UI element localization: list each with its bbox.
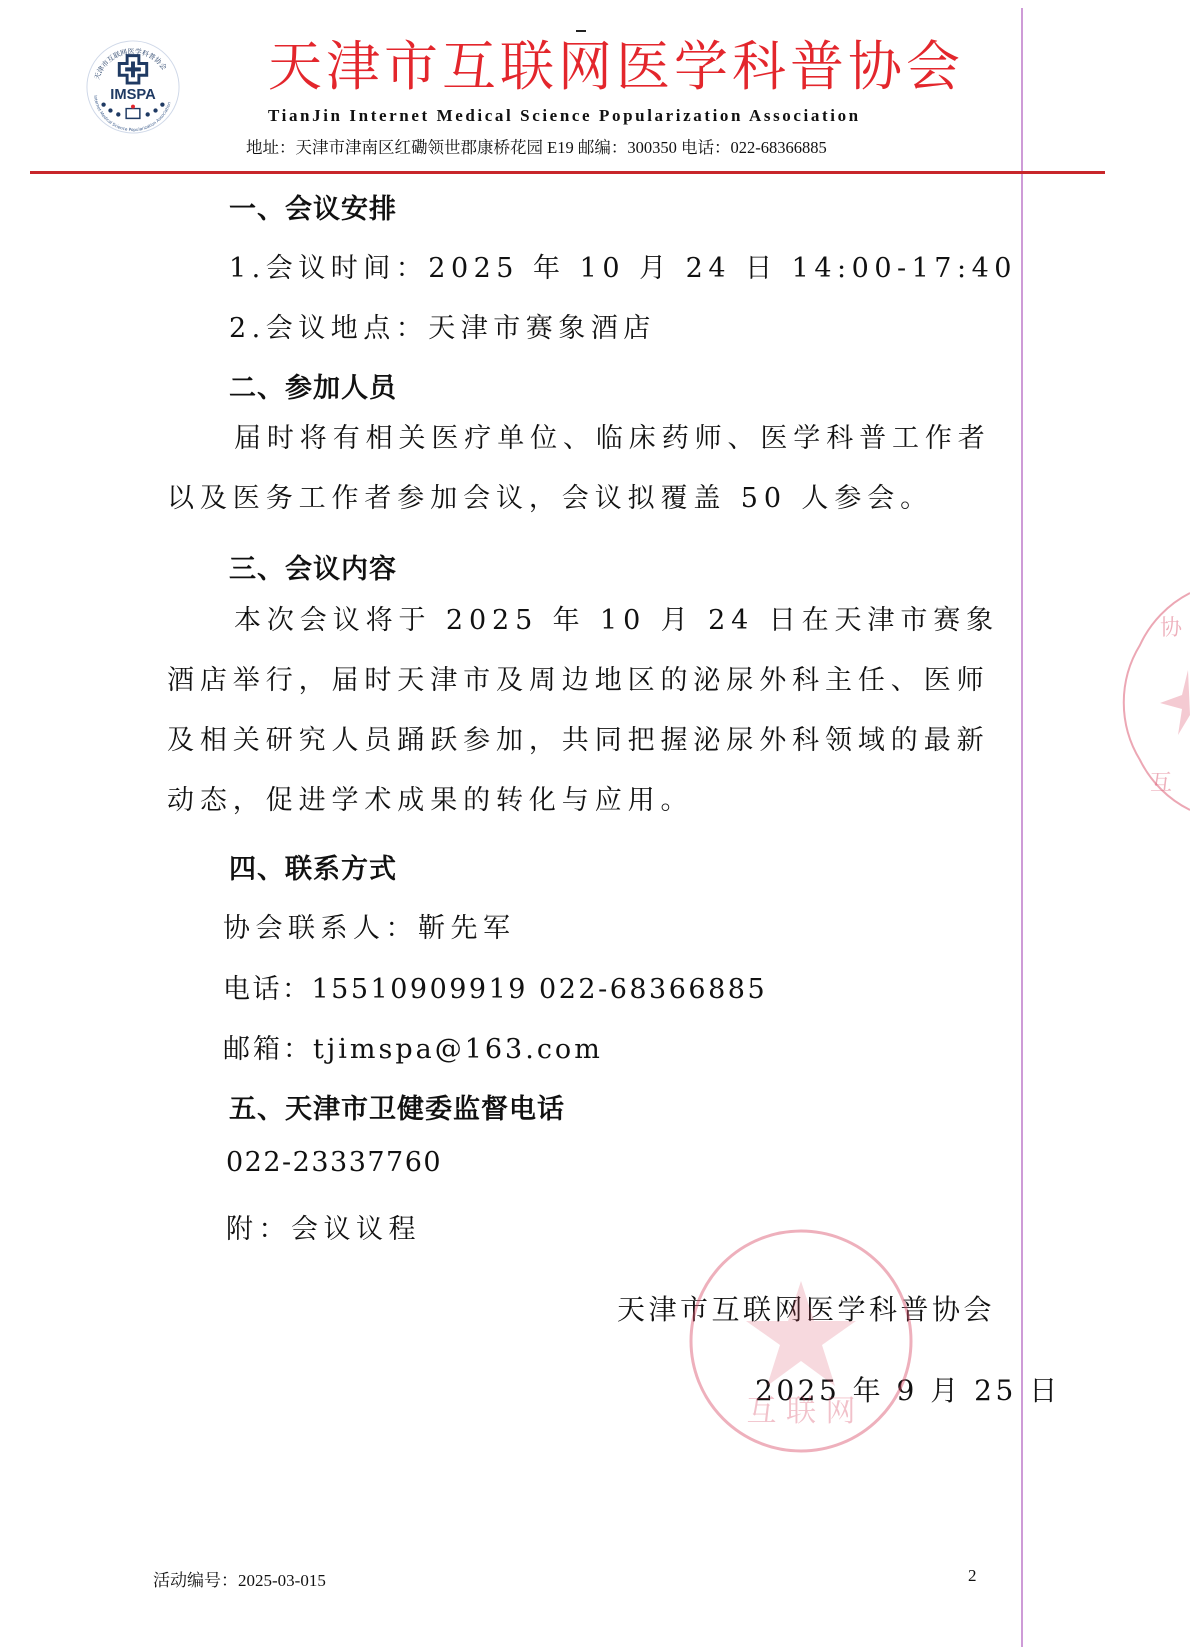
section-heading-content: 三、会议内容 — [229, 547, 397, 586]
letterhead-subtitle: TianJin Internet Medical Science Popular… — [268, 106, 861, 126]
signature-org: 天津市互联网医学科普协会 — [617, 1288, 995, 1328]
attachment-note: 附：会议议程 — [226, 1207, 421, 1246]
section-heading-participants: 二、参加人员 — [229, 366, 397, 405]
section-heading-contact: 四、联系方式 — [229, 847, 397, 886]
logo-ring-cn: 天津市互联网医学科普协会 — [93, 47, 169, 81]
top-mark — [576, 30, 586, 32]
page-number: 2 — [968, 1566, 977, 1586]
contact-phone: 电话：15510909919 022-68366885 — [223, 967, 767, 1006]
logo-text: IMSPA — [110, 87, 156, 103]
meeting-location: 2.会议地点：天津市赛象酒店 — [229, 306, 656, 345]
svg-text:天津市互联网医学科普协会: 天津市互联网医学科普协会 — [93, 47, 169, 81]
activity-number: 活动编号：2025-03-015 — [153, 1566, 326, 1591]
meeting-time: 1.会议时间：2025 年 10 月 24 日 14:00-17:40 — [229, 246, 1017, 285]
signature-date: 2025 年 9 月 25 日 — [755, 1369, 1061, 1409]
official-seal-icon: 互 联 网 — [686, 1226, 916, 1456]
imspa-logo-icon: IMSPA 天津市互联网医学科普协会 Internet Medical Scie… — [84, 38, 182, 136]
letterhead-title: 天津市互联网医学科普协会 — [268, 40, 964, 94]
letterhead-address: 地址：天津市津南区红磡领世郡康桥花园 E19 邮编：300350 电话：022-… — [246, 134, 827, 158]
contact-email: 邮箱：tjimspa@163.com — [223, 1027, 603, 1066]
section-heading-arrangement: 一、会议安排 — [229, 187, 397, 226]
seam-seal-icon: 协 互 — [1120, 585, 1190, 815]
svg-text:互: 互 — [1150, 771, 1172, 796]
content-paragraph: 本次会议将于 2025 年 10 月 24 日在天津市赛象酒店举行，届时天津市及… — [167, 591, 1017, 831]
section-heading-supervision: 五、天津市卫健委监督电话 — [229, 1087, 565, 1126]
letterhead-rule — [30, 171, 1105, 174]
contact-person: 协会联系人：靳先军 — [223, 906, 516, 945]
supervision-phone: 022-23337760 — [226, 1147, 442, 1178]
participants-paragraph: 届时将有相关医疗单位、临床药师、医学科普工作者以及医务工作者参加会议，会议拟覆盖… — [167, 409, 1017, 529]
svg-text:协: 协 — [1160, 616, 1183, 641]
